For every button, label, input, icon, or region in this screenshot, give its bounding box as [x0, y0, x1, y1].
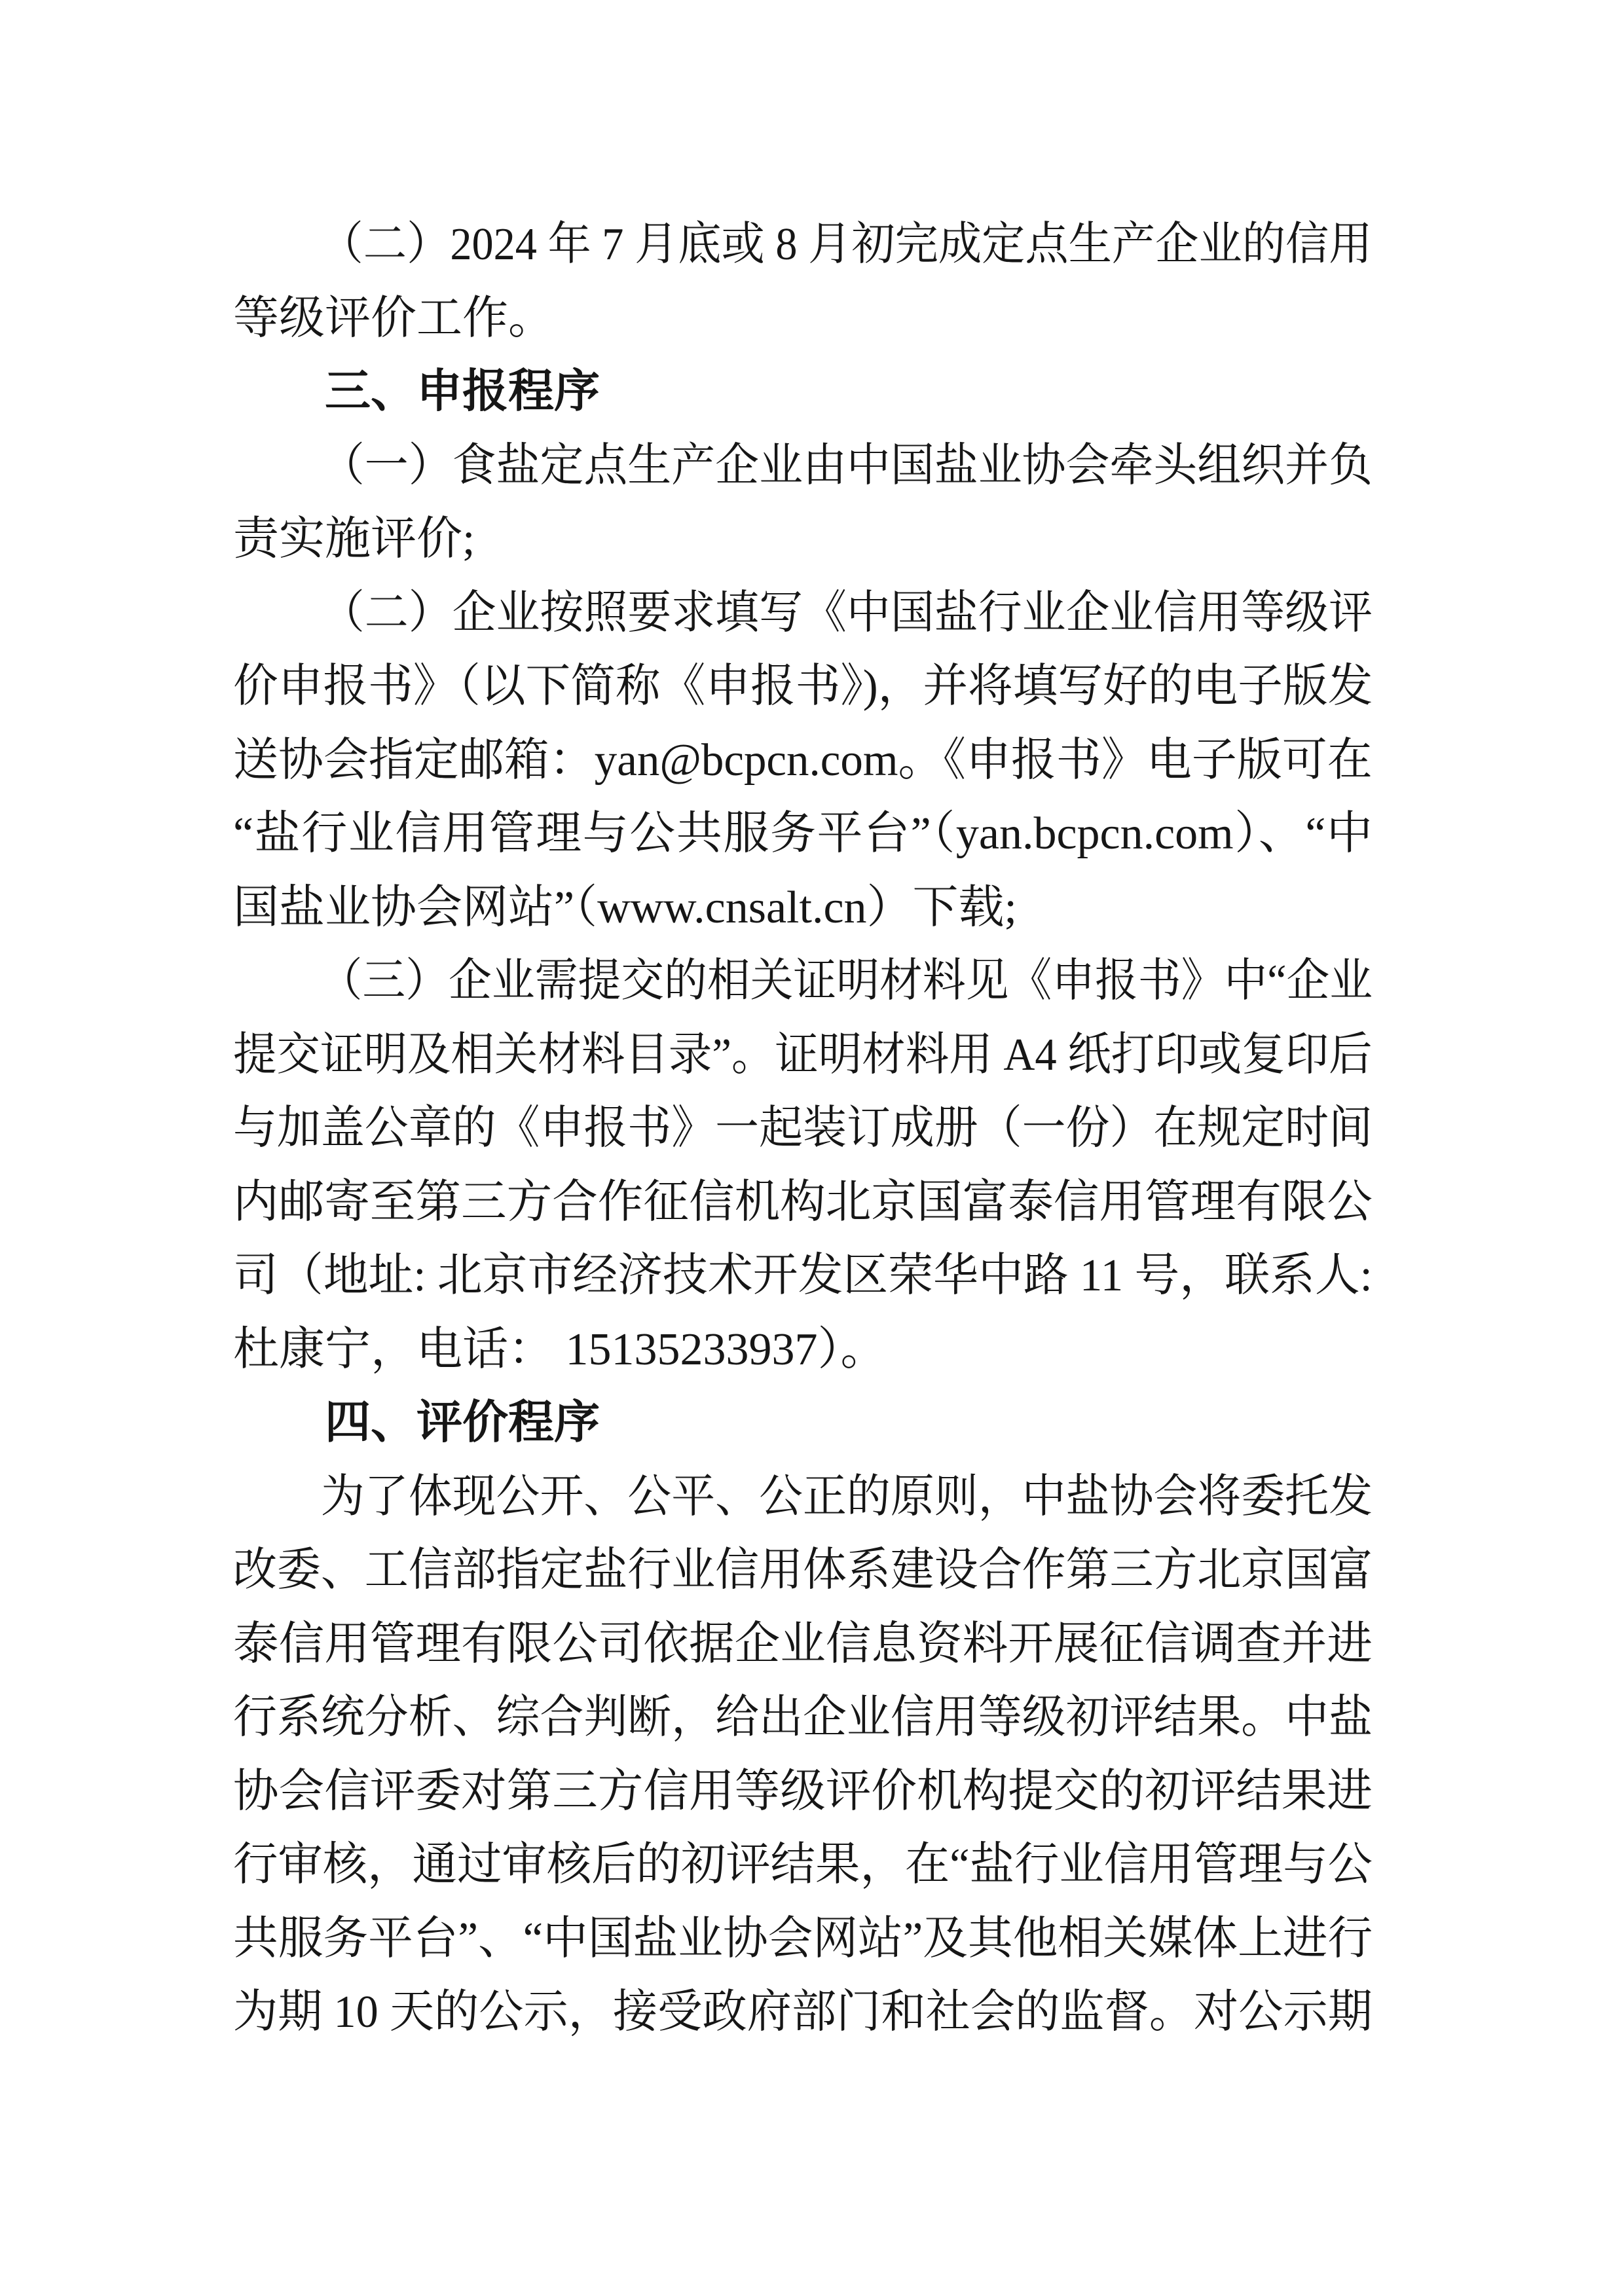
section-heading: 四、评价程序 [233, 1387, 1373, 1461]
text-line: “盐行业信用管理与公共服务平台”（yan.bcpcn.com）、“中 [233, 797, 1373, 871]
text-line: 责实施评价; [233, 503, 1373, 577]
text-line: 为期 10 天的公示，接受政府部门和社会的监督。对公示期 [233, 1976, 1344, 2050]
text-line: （一）食盐定点生产企业由中国盐业协会牵头组织并负 [233, 429, 1323, 503]
text-line: 杜康宁，电话： 15135233937）。 [233, 1313, 1373, 1387]
text-line: 价申报书》（以下简称《申报书》)，并将填写好的电子版发 [233, 650, 1352, 724]
text-line: 与加盖公章的《申报书》一起装订成册（一份）在规定时间 [233, 1092, 1323, 1166]
text-line: 国盐业协会网站”（www.cnsalt.cn）下载; [233, 871, 1373, 945]
text-line: 司（地址: 北京市经济技术开发区荣华中路 11 号，联系人: [233, 1239, 1354, 1313]
text-line: 提交证明及相关材料目录”。证明材料用 A4 纸打印或复印后 [233, 1019, 1316, 1093]
text-line: 共服务平台”、“中国盐业协会网站”及其他相关媒体上进行 [233, 1903, 1352, 1977]
text-line: （二）企业按照要求填写《中国盐行业企业信用等级评 [233, 577, 1323, 651]
text-line: （二）2024 年 7 月底或 8 月初完成定点生产企业的信用 [233, 208, 1312, 282]
text-line: 送协会指定邮箱：yan@bcpcn.com。《申报书》电子版可在 [233, 724, 1356, 798]
text-line: 改委、工信部指定盐行业信用体系建设合作第三方北京国富 [233, 1534, 1323, 1608]
scanned-document-page: （二）2024 年 7 月底或 8 月初完成定点生产企业的信用等级评价工作。三、… [0, 0, 1624, 2296]
text-line: 行系统分析、综合判断，给出企业信用等级初评结果。中盐 [233, 1681, 1323, 1755]
text-line: 泰信用管理有限公司依据企业信息资料开展征信调查并进 [233, 1608, 1366, 1682]
section-heading: 三、申报程序 [233, 355, 1373, 429]
text-line: 行审核，通过审核后的初评结果，在“盐行业信用管理与公 [233, 1829, 1346, 1903]
text-line: 协会信评委对第三方信用等级评价机构提交的初评结果进 [233, 1755, 1366, 1829]
document-text-block: （二）2024 年 7 月底或 8 月初完成定点生产企业的信用等级评价工作。三、… [233, 208, 1373, 2050]
text-line: （三）企业需提交的相关证明材料见《申报书》中“企业 [233, 945, 1304, 1019]
text-line: 等级评价工作。 [233, 282, 1373, 356]
text-line: 内邮寄至第三方合作征信机构北京国富泰信用管理有限公 [233, 1166, 1366, 1240]
text-line: 为了体现公开、公平、公正的原则，中盐协会将委托发 [233, 1461, 1323, 1535]
